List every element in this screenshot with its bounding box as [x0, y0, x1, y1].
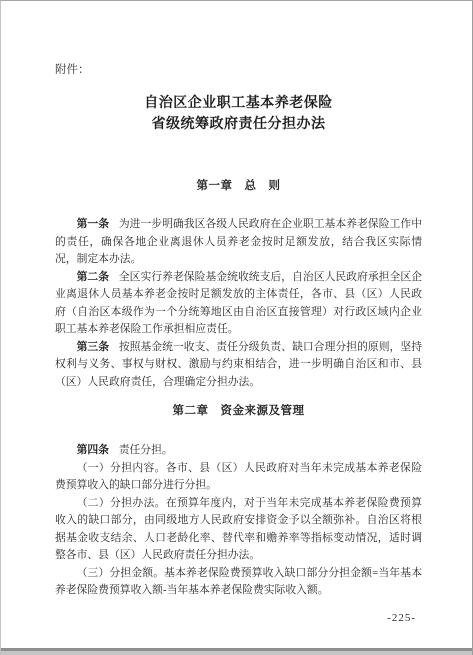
- clause-2-paragraph: （二）分担办法。在预算年度内，对于当年未完成基本养老保险费预算收入的缺口部分，由…: [55, 495, 422, 565]
- article-2-paragraph: 第二条全区实行养老保险基金统收统支后，自治区人民政府承担全区企业离退休人员基本养…: [55, 269, 422, 339]
- document-content: 附件： 自治区企业职工基本养老保险 省级统筹政府责任分担办法 第一章 总 则 第…: [1, 1, 472, 600]
- article-2-label: 第二条: [77, 271, 110, 283]
- document-title-line-1: 自治区企业职工基本养老保险: [55, 93, 422, 114]
- chapter-1-heading: 第一章 总 则: [55, 179, 422, 193]
- document-title-line-2: 省级统筹政府责任分担办法: [55, 114, 422, 135]
- chapter-2-heading: 第二章 资金来源及管理: [55, 404, 422, 418]
- clause-2-text: （二）分担办法。在预算年度内，对于当年未完成基本养老保险费预算收入的缺口部分，由…: [55, 497, 422, 562]
- article-1-label: 第一条: [77, 218, 110, 230]
- article-3-paragraph: 第三条按照基金统一收支、责任分级负责、缺口合理分担的原则，坚持权利与义务、事权与…: [55, 339, 422, 392]
- article-1-paragraph: 第一条为进一步明确我区各级人民政府在企业职工基本养老保险工作中的责任，确保各地企…: [55, 216, 422, 269]
- clause-1-paragraph: （一）分担内容。各市、县（区）人民政府对当年未完成基本养老保险费预算收入的缺口部…: [55, 460, 422, 495]
- clause-3-paragraph: （三）分担金额。基本养老保险费预算收入缺口部分分担金额=当年基本养老保险费预算收…: [55, 565, 422, 600]
- document-title: 自治区企业职工基本养老保险 省级统筹政府责任分担办法: [55, 93, 422, 135]
- article-4-paragraph: 第四条责任分担。: [55, 442, 422, 460]
- article-4-label: 第四条: [77, 444, 109, 456]
- article-3-text: 按照基金统一收支、责任分级负责、缺口合理分担的原则，坚持权利与义务、事权与财权、…: [55, 341, 422, 388]
- article-4-text: 责任分担。: [119, 444, 173, 456]
- attachment-label: 附件：: [55, 63, 422, 78]
- clause-3-text: （三）分担金额。基本养老保险费预算收入缺口部分分担金额=当年基本养老保险费预算收…: [55, 567, 422, 597]
- article-1-text: 为进一步明确我区各级人民政府在企业职工基本养老保险工作中的责任，确保各地企业离退…: [55, 218, 422, 265]
- scanned-document-page: 附件： 自治区企业职工基本养老保险 省级统筹政府责任分担办法 第一章 总 则 第…: [0, 0, 473, 655]
- article-2-text: 全区实行养老保险基金统收统支后，自治区人民政府承担全区企业离退休人员基本养老金按…: [55, 271, 422, 336]
- page-number: -225-: [387, 612, 416, 624]
- article-3-label: 第三条: [77, 341, 110, 353]
- clause-1-text: （一）分担内容。各市、县（区）人民政府对当年未完成基本养老保险费预算收入的缺口部…: [55, 462, 422, 492]
- scan-bottom-edge: [1, 648, 472, 655]
